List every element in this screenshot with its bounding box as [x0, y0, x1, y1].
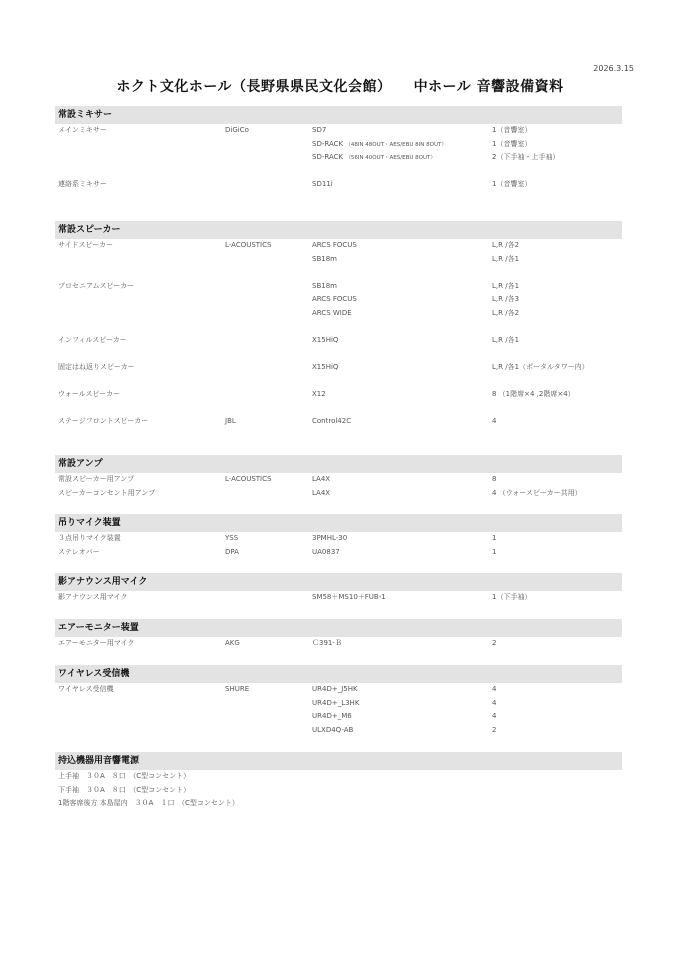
- table-row: インフィルスピーカー X15HiQ L,R /各1: [55, 334, 622, 348]
- maker-cell: DiGiCo: [225, 124, 249, 138]
- model-cell: X15HiQ: [312, 334, 338, 348]
- maker-cell: L-ACOUSTICS: [225, 473, 271, 487]
- table-row: プロセニアムスピーカー SB18m L,R /各1: [55, 280, 622, 294]
- qty-cell: 4: [492, 710, 496, 724]
- qty-cell: 1（音響室）: [492, 138, 531, 152]
- table-row: ARCS WIDE L,R /各2: [55, 307, 622, 321]
- model-cell: ULXD4Q-AB: [312, 724, 353, 738]
- qty-cell: 4: [492, 683, 496, 697]
- maker-cell: SHURE: [225, 683, 249, 697]
- model-cell: X15HiQ: [312, 361, 338, 375]
- table-row: ウォールスピーカー X12 8 （1階席×4 ,2階席×4）: [55, 388, 622, 402]
- power-line: 下手袖 ３０A ８口 （C型コンセント）: [55, 784, 622, 798]
- category-cell: プロセニアムスピーカー: [58, 280, 134, 294]
- model-note: （48IN 48OUT・AES/EBU 8IN 8OUT）: [345, 142, 447, 148]
- title-main: ホクト文化ホール（長野県県民文化会館）: [116, 79, 391, 95]
- model-cell: SD-RACK （48IN 48OUT・AES/EBU 8IN 8OUT）: [312, 138, 447, 153]
- model-cell: UR4D+_L3HK: [312, 697, 359, 711]
- model-cell: SD11i: [312, 178, 333, 192]
- maker-cell: L-ACOUSTICS: [225, 239, 271, 253]
- model-name: SD-RACK: [312, 153, 343, 161]
- table-row: 固定はね返りスピーカー X15HiQ L,R /各1（ポータルタワー内）: [55, 361, 622, 375]
- table-row: ステレオバー DPA UA0837 1: [55, 546, 622, 560]
- qty-cell: 4: [492, 415, 496, 429]
- section-heading: ワイヤレス受信機: [55, 665, 622, 683]
- table-row: UR4D+_L3HK 4: [55, 697, 622, 711]
- table-row: ステージフロントスピーカー JBL Control42C 4: [55, 415, 622, 429]
- qty-cell: L,R /各1: [492, 280, 519, 294]
- page-title: ホクト文化ホール（長野県県民文化会館）中ホール 音響設備資料: [0, 76, 680, 96]
- category-cell: ウォールスピーカー: [58, 388, 120, 402]
- model-cell: UR4D+_J5HK: [312, 683, 358, 697]
- qty-cell: L,R /各3: [492, 293, 519, 307]
- qty-cell: 8: [492, 473, 496, 487]
- section-air-monitor: エアーモニター装置 エアーモニター用マイク AKG Ｃ391-Ｂ 2: [55, 619, 622, 651]
- category-cell: スピーカーコンセント用アンプ: [58, 487, 155, 501]
- title-sub: 中ホール 音響設備資料: [414, 79, 564, 95]
- qty-cell: 1（音響室）: [492, 178, 531, 192]
- qty-cell: L,R /各1: [492, 334, 519, 348]
- power-text: 下手袖 ３０A ８口 （C型コンセント）: [58, 784, 190, 798]
- category-cell: 影アナウンス用マイク: [58, 591, 128, 605]
- category-cell: メインミキサー: [58, 124, 107, 138]
- section-amplifiers: 常設アンプ 常設スピーカー用アンプ L-ACOUSTICS LA4X 8 スピー…: [55, 455, 622, 500]
- model-name: SD-RACK: [312, 140, 343, 148]
- table-row: メインミキサー DiGiCo SD7 1（音響室）: [55, 124, 622, 138]
- section-hanging-mics: 吊りマイク装置 ３点吊りマイク装置 YSS 3PMHL-30 1 ステレオバー …: [55, 514, 622, 559]
- section-heading: 吊りマイク装置: [55, 514, 622, 532]
- category-cell: ワイヤレス受信機: [58, 683, 114, 697]
- table-row: SD-RACK （48IN 48OUT・AES/EBU 8IN 8OUT） 1（…: [55, 138, 622, 152]
- power-line: 1階客席後方 本島屋内 ３０A １口 （C型コンセント）: [55, 797, 622, 811]
- section-wireless: ワイヤレス受信機 ワイヤレス受信機 SHURE UR4D+_J5HK 4 UR4…: [55, 665, 622, 737]
- qty-cell: 2: [492, 637, 496, 651]
- maker-cell: DPA: [225, 546, 239, 560]
- qty-cell: 2（下手袖・上手袖）: [492, 151, 559, 165]
- qty-cell: 1: [492, 532, 496, 546]
- qty-cell: L,R /各2: [492, 239, 519, 253]
- model-cell: SM58＋MS10＋FUB-1: [312, 591, 386, 605]
- section-announce-mic: 影アナウンス用マイク 影アナウンス用マイク SM58＋MS10＋FUB-1 1（…: [55, 573, 622, 605]
- section-heading: 常設アンプ: [55, 455, 622, 473]
- power-text: 1階客席後方 本島屋内 ３０A １口 （C型コンセント）: [58, 797, 239, 811]
- model-cell: SD-RACK （56IN 40OUT・AES/EBU 8OUT）: [312, 151, 436, 166]
- table-row: SD-RACK （56IN 40OUT・AES/EBU 8OUT） 2（下手袖・…: [55, 151, 622, 165]
- section-heading: 持込機器用音響電源: [55, 752, 622, 770]
- category-cell: ステージフロントスピーカー: [58, 415, 148, 429]
- model-cell: SB18m: [312, 280, 337, 294]
- maker-cell: JBL: [225, 415, 236, 429]
- category-cell: エアーモニター用マイク: [58, 637, 135, 651]
- category-cell: ステレオバー: [58, 546, 100, 560]
- model-cell: Control42C: [312, 415, 351, 429]
- qty-cell: 1（音響室）: [492, 124, 531, 138]
- model-cell: LA4X: [312, 487, 330, 501]
- table-row: 連絡系ミキサー SD11i 1（音響室）: [55, 178, 622, 192]
- model-cell: ARCS FOCUS: [312, 293, 357, 307]
- section-heading: 常設スピーカー: [55, 221, 622, 239]
- category-cell: 常設スピーカー用アンプ: [58, 473, 134, 487]
- category-cell: ３点吊りマイク装置: [58, 532, 121, 546]
- table-row: ３点吊りマイク装置 YSS 3PMHL-30 1: [55, 532, 622, 546]
- model-cell: X12: [312, 388, 326, 402]
- section-heading: 常設ミキサー: [55, 106, 622, 124]
- category-cell: インフィルスピーカー: [58, 334, 127, 348]
- qty-cell: 1（下手袖）: [492, 591, 531, 605]
- qty-cell: 1: [492, 546, 496, 560]
- section-heading: エアーモニター装置: [55, 619, 622, 637]
- table-row: 常設スピーカー用アンプ L-ACOUSTICS LA4X 8: [55, 473, 622, 487]
- qty-cell: L,R /各1（ポータルタワー内）: [492, 361, 589, 375]
- maker-cell: AKG: [225, 637, 240, 651]
- maker-cell: YSS: [225, 532, 238, 546]
- model-cell: ARCS FOCUS: [312, 239, 357, 253]
- model-cell: UR4D+_M6: [312, 710, 352, 724]
- section-mixers: 常設ミキサー メインミキサー DiGiCo SD7 1（音響室） SD-RACK…: [55, 106, 622, 192]
- power-line: 上手袖 ３０A ８口 （C型コンセント）: [55, 770, 622, 784]
- model-cell: Ｃ391-Ｂ: [312, 637, 342, 651]
- model-cell: 3PMHL-30: [312, 532, 347, 546]
- table-row: エアーモニター用マイク AKG Ｃ391-Ｂ 2: [55, 637, 622, 651]
- table-row: スピーカーコンセント用アンプ LA4X 4 （ウォースピーカー共用）: [55, 487, 622, 501]
- section-heading: 影アナウンス用マイク: [55, 573, 622, 591]
- table-row: サイドスピーカー L-ACOUSTICS ARCS FOCUS L,R /各2: [55, 239, 622, 253]
- qty-cell: 4 （ウォースピーカー共用）: [492, 487, 582, 501]
- table-row: SB18m L,R /各1: [55, 253, 622, 267]
- category-cell: 連絡系ミキサー: [58, 178, 107, 192]
- section-power: 持込機器用音響電源 上手袖 ３０A ８口 （C型コンセント） 下手袖 ３０A ８…: [55, 752, 622, 811]
- model-cell: UA0837: [312, 546, 340, 560]
- category-cell: 固定はね返りスピーカー: [58, 361, 135, 375]
- section-speakers: 常設スピーカー サイドスピーカー L-ACOUSTICS ARCS FOCUS …: [55, 221, 622, 428]
- qty-cell: 4: [492, 697, 496, 711]
- table-row: ARCS FOCUS L,R /各3: [55, 293, 622, 307]
- category-cell: サイドスピーカー: [58, 239, 113, 253]
- qty-cell: L,R /各1: [492, 253, 519, 267]
- document-date: 2026.3.15: [593, 64, 634, 73]
- qty-cell: L,R /各2: [492, 307, 519, 321]
- table-row: UR4D+_M6 4: [55, 710, 622, 724]
- table-row: 影アナウンス用マイク SM58＋MS10＋FUB-1 1（下手袖）: [55, 591, 622, 605]
- model-note: （56IN 40OUT・AES/EBU 8OUT）: [345, 155, 436, 161]
- model-cell: LA4X: [312, 473, 330, 487]
- model-cell: SD7: [312, 124, 326, 138]
- qty-cell: 2: [492, 724, 496, 738]
- power-text: 上手袖 ３０A ８口 （C型コンセント）: [58, 770, 190, 784]
- table-row: ULXD4Q-AB 2: [55, 724, 622, 738]
- table-row: ワイヤレス受信機 SHURE UR4D+_J5HK 4: [55, 683, 622, 697]
- model-cell: ARCS WIDE: [312, 307, 352, 321]
- qty-cell: 8 （1階席×4 ,2階席×4）: [492, 388, 575, 402]
- model-cell: SB18m: [312, 253, 337, 267]
